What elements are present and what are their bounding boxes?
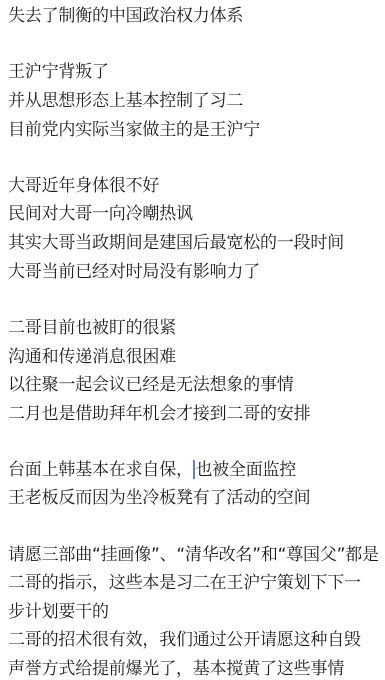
text-line: 二月也是借助拜年机会才接到二哥的安排 (8, 404, 310, 424)
heading-line: 失去了制衡的中国政治权力体系 (8, 6, 243, 26)
text-line: 王老板反而因为坐冷板凳有了活动的空间 (8, 488, 310, 508)
text-line: 大哥当前已经对时局没有影响力了 (8, 262, 260, 282)
text-line: 声誉方式给提前爆光了，基本搅黄了这些事情 (8, 659, 344, 679)
text-after-cursor: 也被全面监控 (195, 460, 296, 480)
text-line: 沟通和传递消息很困难 (8, 347, 176, 367)
text-line: 并从思想形态上基本控制了习二 (8, 91, 243, 111)
text-line: 目前党内实际当家做主的是王沪宁 (8, 120, 260, 140)
text-line: 二哥的指示，这些本是习二在王沪宁策划下下一 (8, 573, 361, 593)
text-line: 民间对大哥一向冷嘲热讽 (8, 204, 193, 224)
text-line: 二哥的招术很有效，我们通过公开请愿这种自毁 (8, 630, 361, 650)
text-line: 以往聚一起会议已经是无法想象的事情 (8, 375, 294, 395)
text-line: 王沪宁背叛了 (8, 62, 109, 82)
text-line: 大哥近年身体很不好 (8, 176, 159, 196)
text-line-with-cursor: 台面上韩基本在求自保，也被全面监控 (8, 460, 296, 480)
text-line: 步计划要干的 (8, 602, 109, 622)
text-before-cursor: 台面上韩基本在求自保， (8, 460, 193, 480)
text-line: 二哥目前也被盯的很紧 (8, 318, 176, 338)
text-line: 请愿三部曲“挂画像”、“清华改名”和“尊国父”都是 (8, 545, 379, 565)
text-line: 其实大哥当政期间是建国后最宽松的一段时间 (8, 233, 344, 253)
